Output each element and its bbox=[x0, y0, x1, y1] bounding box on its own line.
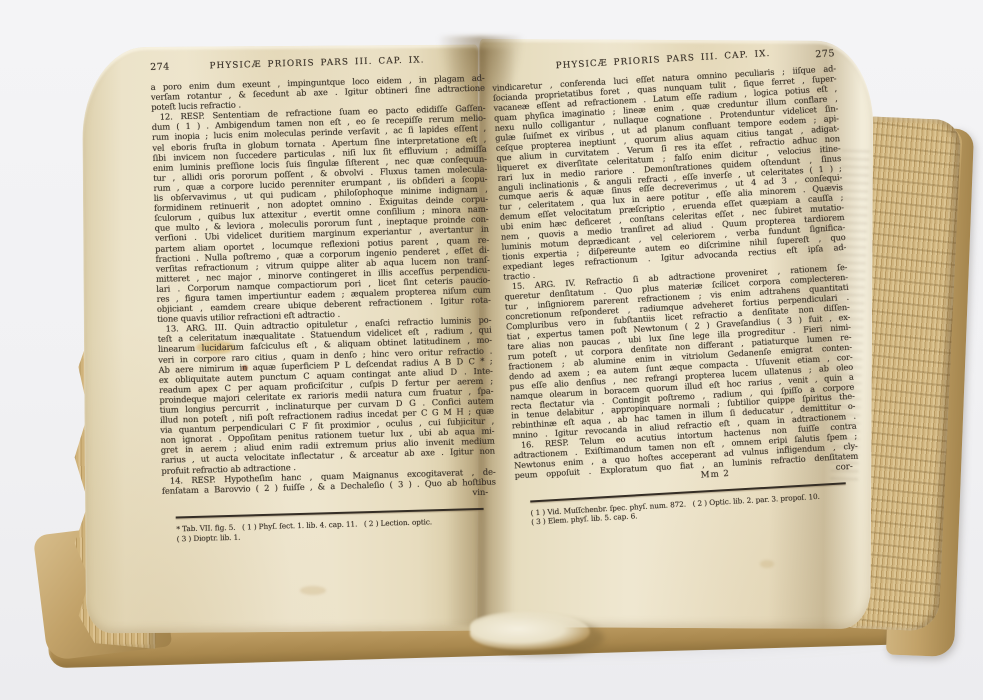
book-photo-scene: 274 PHYSICÆ PRIORIS PARS III. CAP. IX. a… bbox=[0, 0, 983, 700]
header-spacer bbox=[442, 61, 484, 62]
right-body-text: vindicaretur , conferenda luci eſſet nat… bbox=[492, 64, 858, 481]
left-page-number: 274 bbox=[150, 61, 192, 73]
right-page-number: 275 bbox=[793, 48, 836, 61]
signature-mark: Mm 2 bbox=[701, 469, 731, 481]
left-page-text-block: 274 PHYSICÆ PRIORIS PARS III. CAP. IX. a… bbox=[150, 53, 497, 544]
stain bbox=[300, 586, 326, 595]
header-spacer bbox=[491, 70, 533, 72]
right-page-text-block: PHYSICÆ PRIORIS PARS III. CAP. IX. 275 v… bbox=[491, 44, 861, 528]
left-body-text: a poro enim dum exeunt , impinguntque lo… bbox=[151, 73, 496, 496]
gutter-bottom-damage bbox=[470, 612, 590, 650]
right-catchword: cor- bbox=[836, 462, 854, 473]
stain bbox=[760, 560, 774, 568]
